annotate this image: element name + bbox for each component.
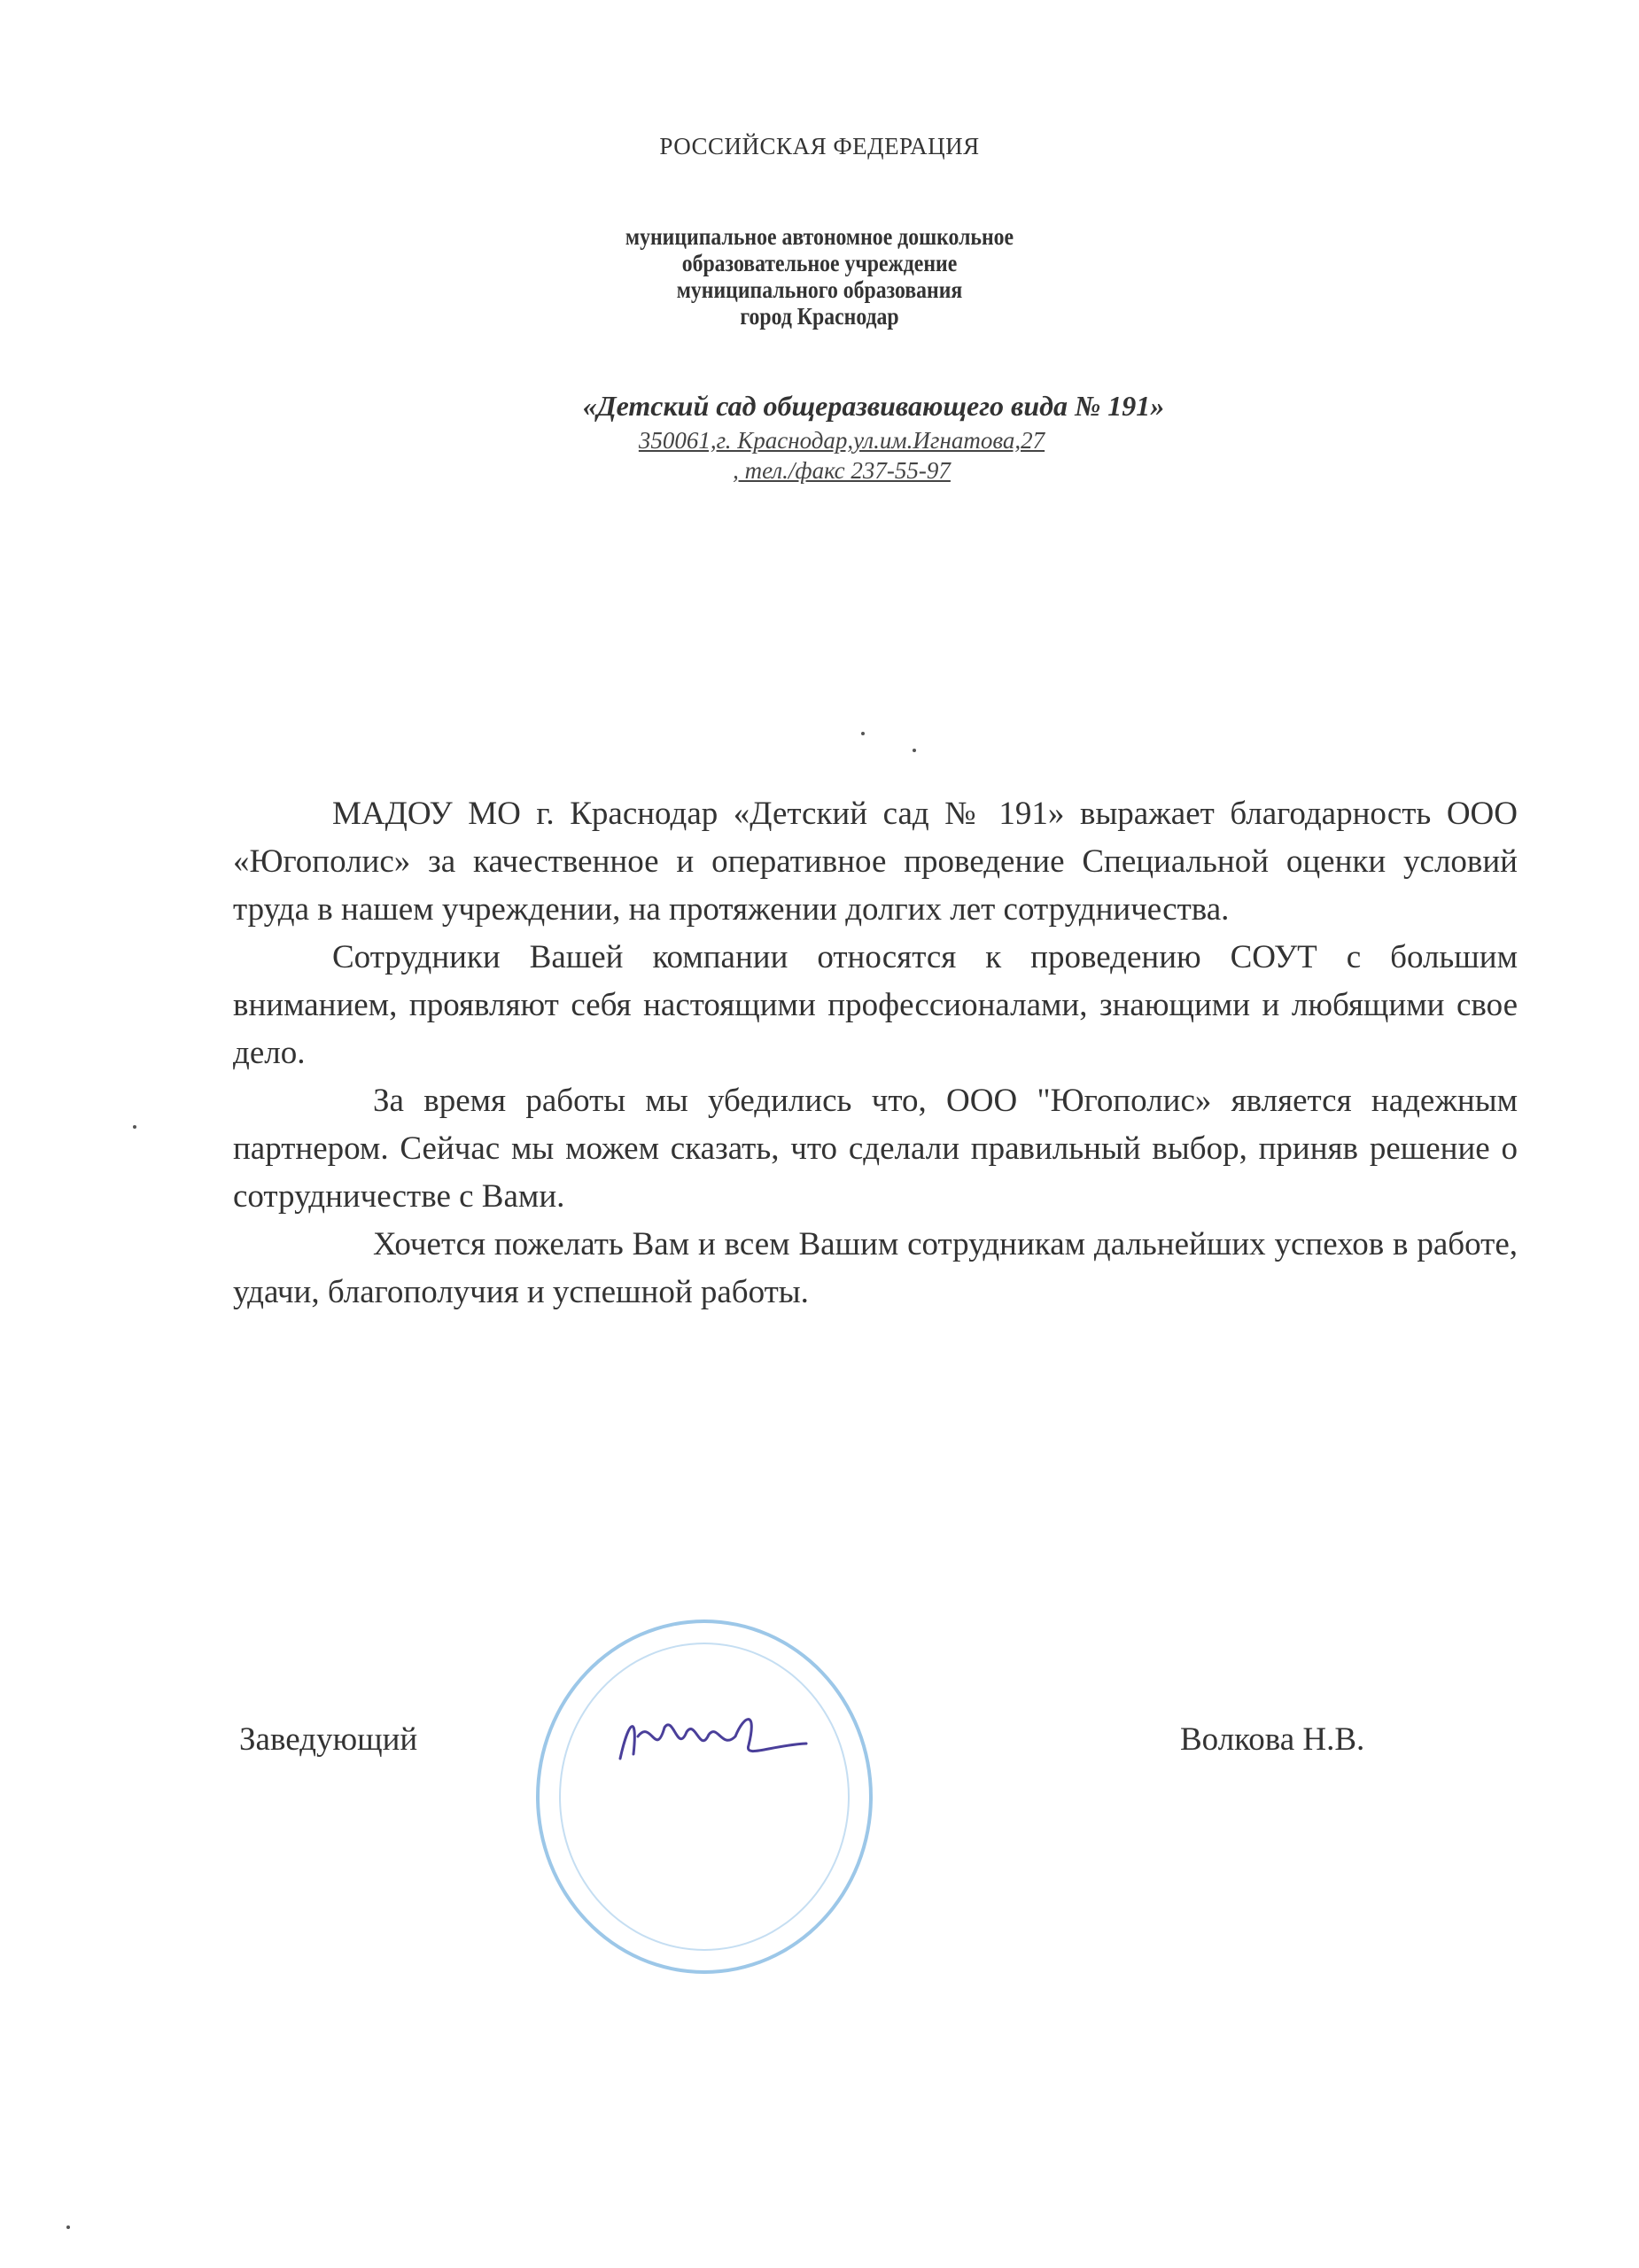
org-line: образовательное учреждение — [98, 250, 1541, 276]
stamp-inner-ring — [559, 1643, 850, 1951]
paragraph: За время работы мы убедились что, ООО "Ю… — [233, 1077, 1518, 1221]
scan-speck — [913, 749, 916, 752]
letter-body: МАДОУ МО г. Краснодар «Детский сад № 191… — [233, 790, 1518, 1317]
scan-speck — [133, 1125, 136, 1129]
scan-speck — [66, 2225, 70, 2229]
signatory-name: Волкова Н.В. — [1180, 1720, 1364, 1759]
official-stamp — [536, 1619, 873, 1974]
paragraph: Хочется пожелать Вам и всем Вашим сотруд… — [233, 1221, 1518, 1317]
paragraph: Сотрудники Вашей компании относятся к пр… — [233, 934, 1518, 1077]
country-title: РОССИЙСКАЯ ФЕДЕРАЦИЯ — [0, 133, 1639, 160]
institution-contacts: 350061,г. Краснодар,ул.им.Игнатова,27 , … — [594, 425, 1090, 485]
paragraph: МАДОУ МО г. Краснодар «Детский сад № 191… — [233, 790, 1518, 934]
org-line: муниципальное автономное дошкольное — [98, 223, 1541, 250]
scan-speck — [861, 732, 865, 735]
org-line: муниципального образования — [98, 276, 1541, 303]
handwritten-signature — [611, 1710, 815, 1772]
signatory-position: Заведующий — [239, 1720, 417, 1759]
org-line: город Краснодар — [98, 303, 1541, 330]
phone-fax: , тел./факс 237-55-97 — [594, 455, 1090, 485]
address: 350061,г. Краснодар,ул.им.Игнатова,27 — [594, 425, 1090, 455]
organization-header: муниципальное автономное дошкольное обра… — [98, 223, 1541, 330]
institution-name: «Детский сад общеразвивающего вида № 191… — [555, 390, 1192, 423]
